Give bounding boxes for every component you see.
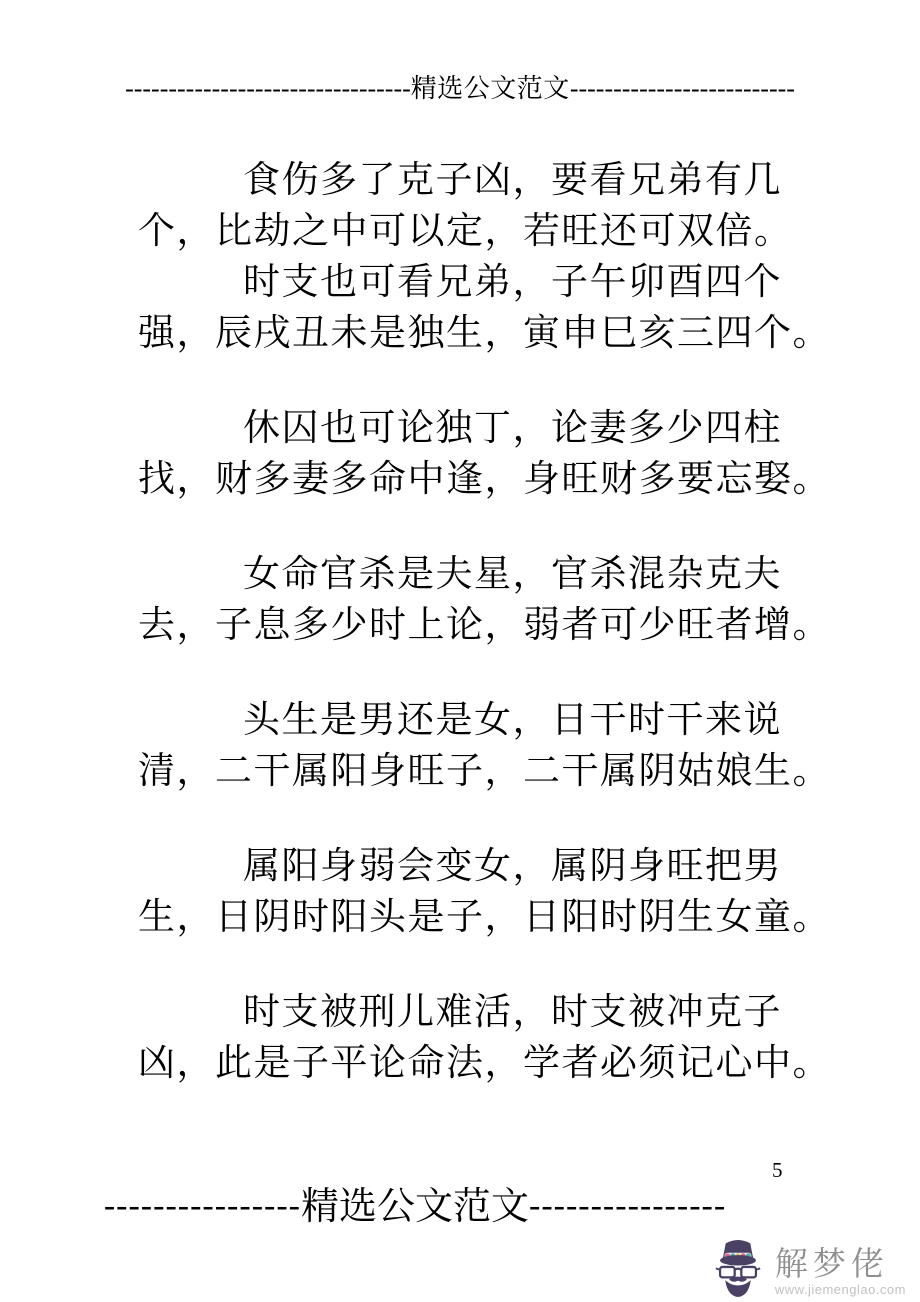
watermark-site-name: 解梦佬 — [775, 1246, 889, 1282]
stanza: 头生是男还是女，日干时干来说清，二干属阳身旺子，二干属阴姑娘生。 — [138, 695, 800, 797]
page-header: ---------------------------------精选公文范文-… — [0, 68, 920, 105]
header-dashes-right: -------------------------- — [570, 74, 795, 103]
stanza: 休囚也可论独丁，论妻多少四柱找，财多妻多命中逢，身旺财多要忘娶。 — [138, 403, 800, 505]
page-footer: ----------------精选公文范文---------------- — [0, 1175, 830, 1230]
stanza-line: 找，财多妻多命中逢，身旺财多要忘娶。 — [138, 454, 800, 505]
stanza-line: 清，二干属阳身旺子，二干属阴姑娘生。 — [138, 746, 800, 797]
document-page: ---------------------------------精选公文范文-… — [0, 0, 920, 1302]
header-title: 精选公文范文 — [411, 74, 570, 103]
site-watermark: 解梦佬 www.jiemenglao.com — [709, 1232, 906, 1300]
stanza-line: 去，子息多少时上论，弱者可少旺者增。 — [138, 600, 800, 651]
watermark-site-url: www.jiemenglao.com — [775, 1282, 906, 1298]
hipster-man-logo-icon — [709, 1232, 767, 1300]
body-text: 食伤多了克子凶，要看兄弟有几个，比劫之中可以定，若旺还可双倍。时支也可看兄弟，子… — [138, 155, 800, 1089]
stanza-line: 女命官杀是夫星，官杀混杂克夫 — [138, 549, 800, 600]
stanza-line: 属阳身弱会变女，属阴身旺把男 — [138, 841, 800, 892]
stanza: 时支也可看兄弟，子午卯酉四个强，辰戌丑未是独生，寅申巳亥三四个。 — [138, 257, 800, 359]
footer-dashes-right: ---------------- — [529, 1187, 726, 1224]
stanza: 女命官杀是夫星，官杀混杂克夫去，子息多少时上论，弱者可少旺者增。 — [138, 549, 800, 651]
footer-title: 精选公文范文 — [301, 1186, 529, 1228]
stanza-line: 休囚也可论独丁，论妻多少四柱 — [138, 403, 800, 454]
stanza-line: 头生是男还是女，日干时干来说 — [138, 695, 800, 746]
stanza-line: 生，日阴时阳头是子，日阳时阴生女童。 — [138, 892, 800, 943]
watermark-text: 解梦佬 www.jiemenglao.com — [775, 1246, 906, 1300]
stanza-line: 时支也可看兄弟，子午卯酉四个 — [138, 257, 800, 308]
stanza: 食伤多了克子凶，要看兄弟有几个，比劫之中可以定，若旺还可双倍。 — [138, 155, 800, 257]
page-number: 5 — [772, 1158, 783, 1183]
stanza: 属阳身弱会变女，属阴身旺把男生，日阴时阳头是子，日阳时阴生女童。 — [138, 841, 800, 943]
stanza-line: 强，辰戌丑未是独生，寅申巳亥三四个。 — [138, 308, 800, 359]
stanza-line: 时支被刑儿难活，时支被冲克子 — [138, 987, 800, 1038]
header-dashes-left: --------------------------------- — [125, 74, 411, 103]
stanza-line: 凶，此是子平论命法，学者必须记心中。 — [138, 1038, 800, 1089]
stanza-line: 食伤多了克子凶，要看兄弟有几 — [138, 155, 800, 206]
footer-dashes-left: ---------------- — [104, 1187, 301, 1224]
stanza-line: 个，比劫之中可以定，若旺还可双倍。 — [138, 206, 800, 257]
stanza: 时支被刑儿难活，时支被冲克子凶，此是子平论命法，学者必须记心中。 — [138, 987, 800, 1089]
